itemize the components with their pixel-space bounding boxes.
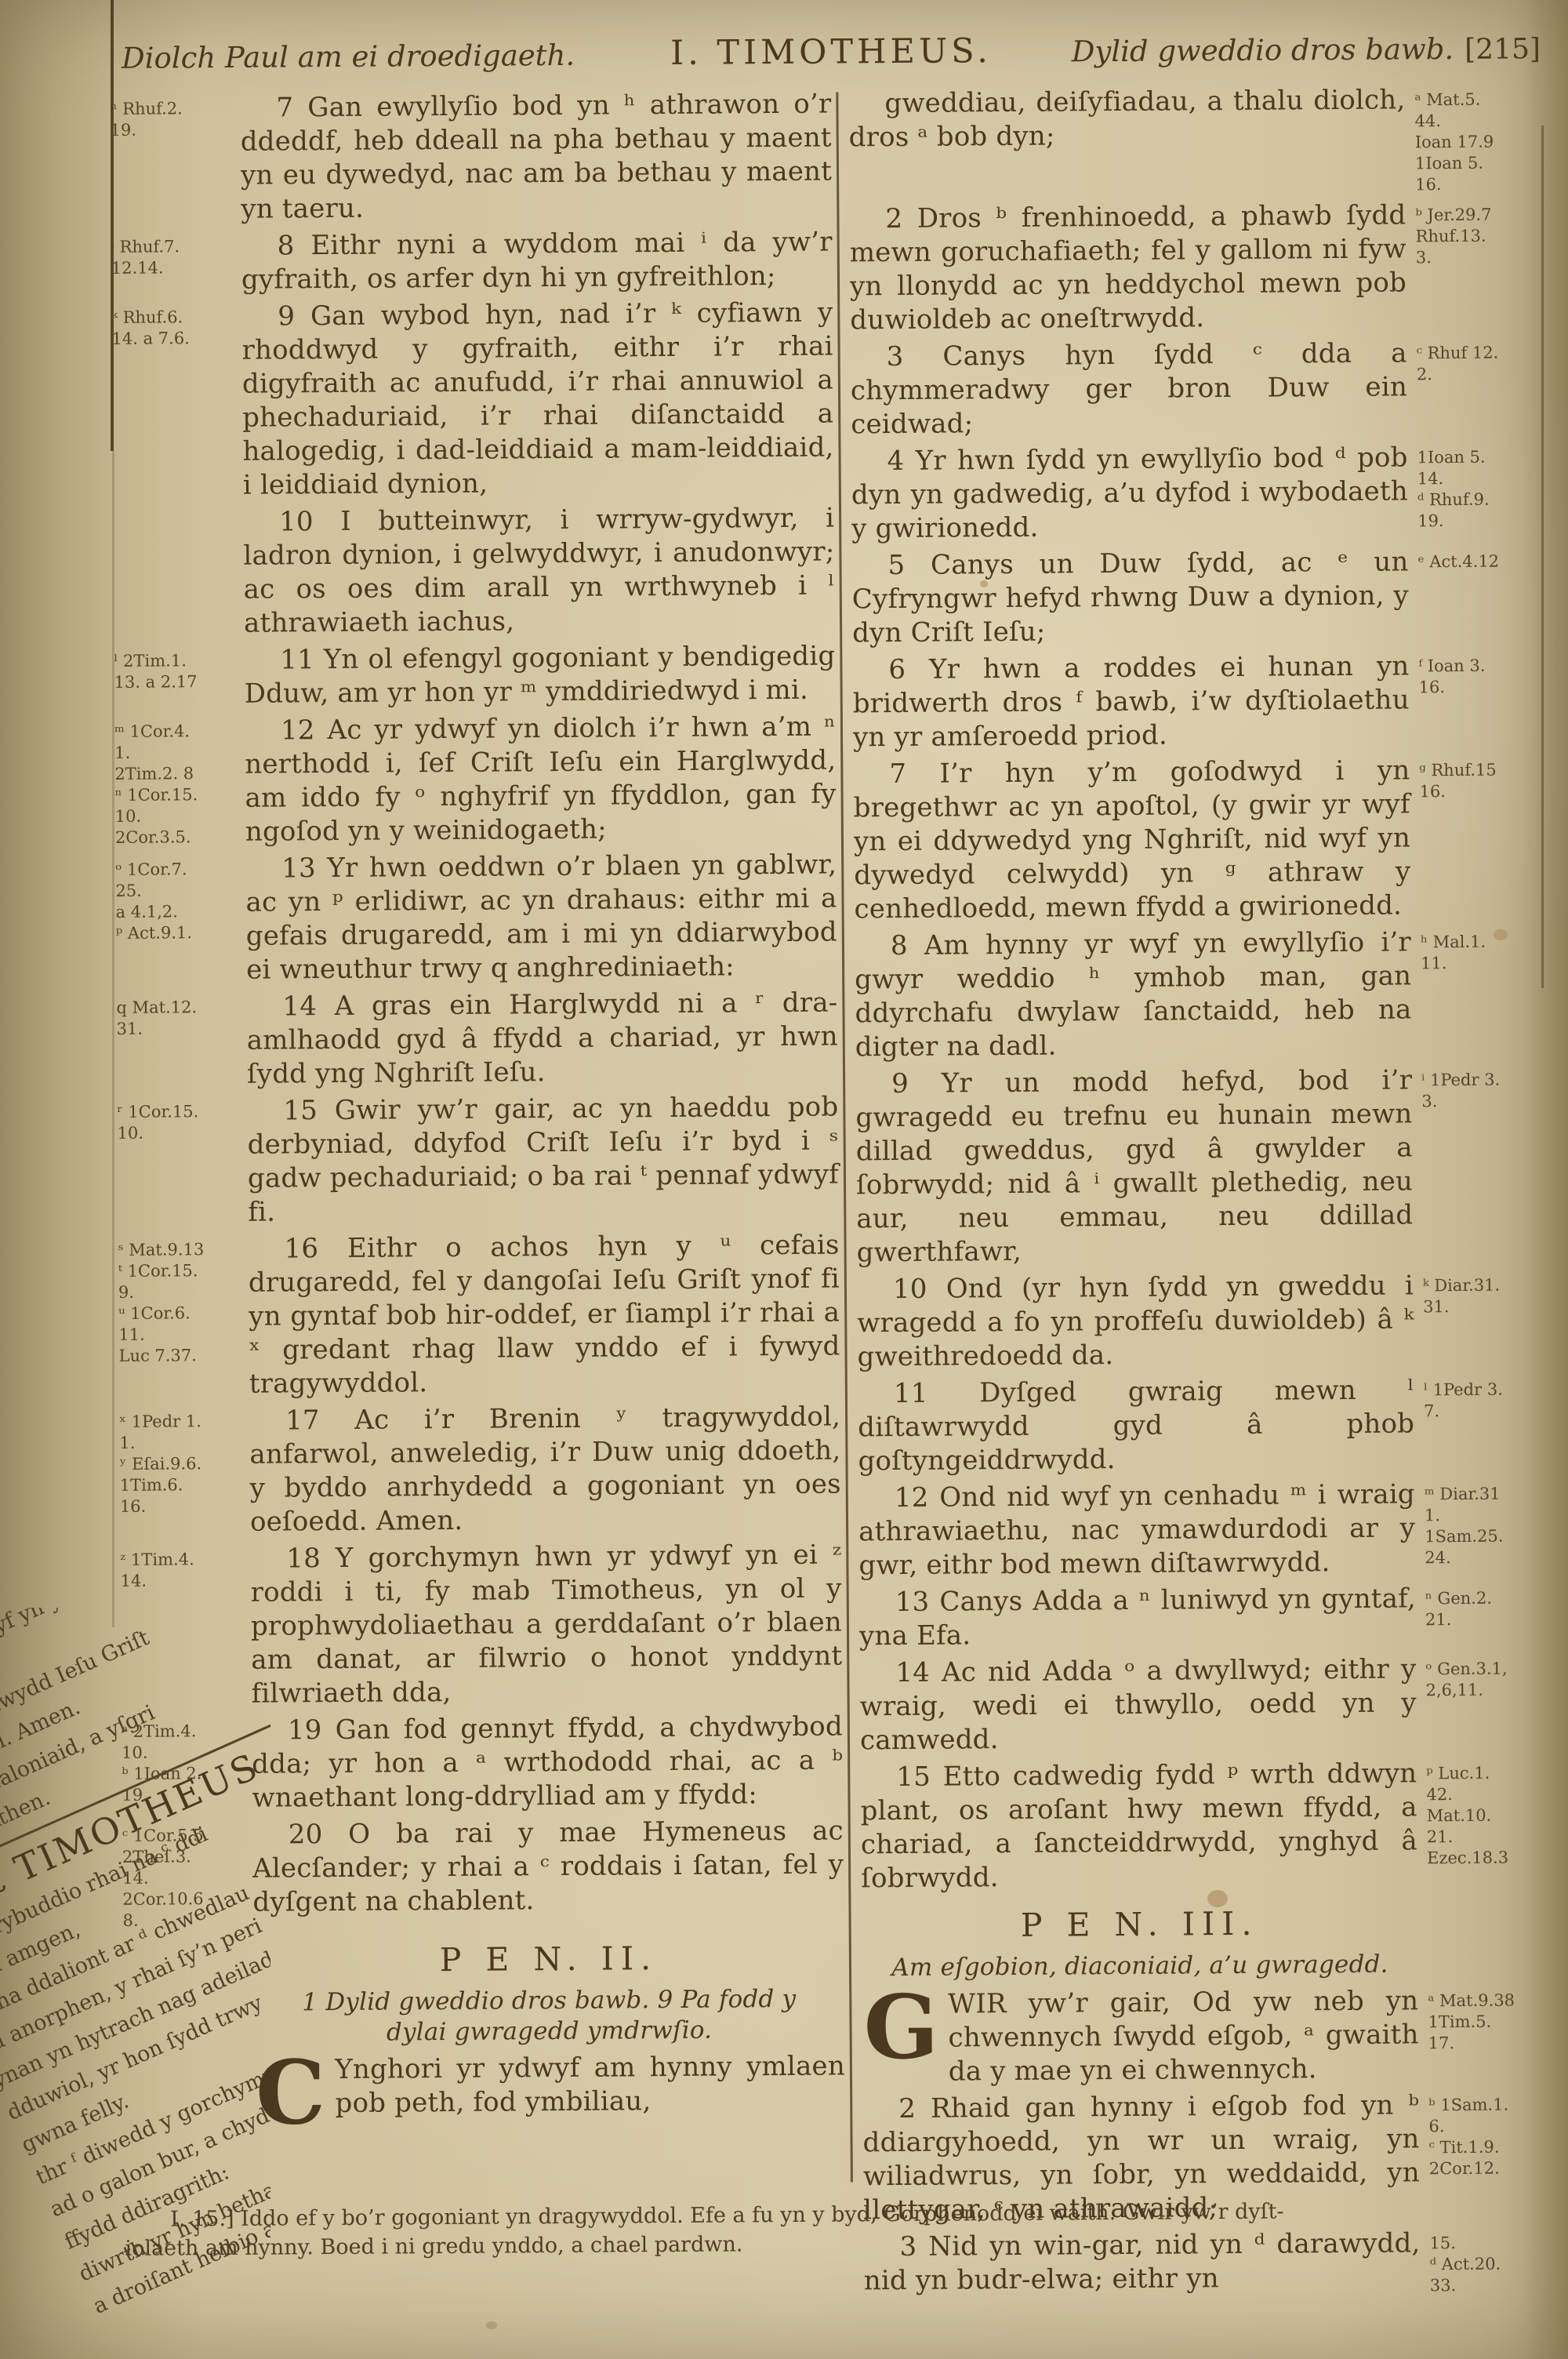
verse-paragraph: 1 Dylid gweddio dros bawb. 9 Pa fodd y d…: [123, 1982, 845, 2051]
verse-text: P E N. III.: [861, 1895, 1417, 1948]
verse-body-text: 10 Ond (yr hyn ſydd yn gweddu i wragedd …: [857, 1270, 1414, 1372]
verse-text: 17 Ac i’r Brenin ʸ tragywyddol, anfarwol…: [249, 1401, 841, 1539]
margin-note: [123, 1986, 253, 1994]
running-head-right-caption: Dylid gweddio dros bawb.[215]: [992, 31, 1541, 69]
verse-body-text: 9 Gan wybod hyn, nad i’r ᵏ cyfiawn y rho…: [241, 297, 833, 501]
verse-body-text: 6 Yr hwn a roddes ei hunan yn bridwerth …: [853, 650, 1410, 753]
verse-body-text: Am eſgobion, diaconiaid, a’u gwragedd.: [891, 1950, 1388, 1982]
running-head-right-text: Dylid gweddio dros bawb.: [1072, 32, 1454, 68]
verse-text: 11 Dyſged gwraig mewn ˡ diſtawrwydd gyd …: [858, 1373, 1415, 1478]
verse-body-text: 20 O ba rai y mae Hymeneus ac Alecſander…: [252, 1815, 844, 1917]
verse-text: 16 Eithr o achos hyn y ᵘ cefais drugared…: [248, 1229, 840, 1401]
drop-cap-initial: G: [862, 1988, 949, 2063]
verse-text: 7 Gan ewyllyſio bod yn ʰ athrawon o’r dd…: [240, 88, 832, 227]
verse-text: 13 Yr hwn oeddwn o’r blaen yn gablwr, ac…: [245, 849, 837, 987]
running-head-book-title: I. TIMOTHEUS.: [670, 31, 992, 73]
verse-body-text: 12 Ac yr ydwyf yn diolch i’r hwn a’m ⁿ n…: [245, 711, 837, 848]
verse-paragraph: ʰ Mal.1. 11. 8 Am hynny yr wyf yn ewylly…: [855, 925, 1561, 1064]
verse-text: 19 Gan fod gennyt ffydd, a chydwybod dda…: [252, 1710, 844, 1815]
verse-text: GWIR yw’r gair, Od yw neb yn chwennych ſ…: [862, 1984, 1419, 2089]
verse-text: 4 Yr hwn ſydd yn ewyllyſio bod ᵈ pob dyn…: [851, 441, 1408, 546]
verse-body-text: Ynghori yr ydwyf am hynny ymlaen pob pet…: [335, 2050, 845, 2119]
margin-note: ˡ 2Tim.1. 13. a 2.17: [114, 644, 244, 693]
verse-text: 8 Eithr nyni a wyddom mai ⁱ da yw’r gyfr…: [241, 226, 833, 297]
verse-body-text: P E N. III.: [1021, 1905, 1259, 1944]
verse-text: gweddiau, deiſyfiadau, a thalu diolch, d…: [848, 83, 1406, 154]
verse-paragraph: ᵒ 1Cor.7. 25. a 4.1,2. ᵖ Act.9.1. 13 Yr …: [115, 849, 837, 988]
verse-body-text: 10 I butteinwyr, i wrryw-gydwyr, i ladro…: [243, 503, 835, 639]
margin-note: [123, 1934, 253, 1941]
verse-text: 11 Yn ol efengyl gogoniant y bendigedig …: [244, 640, 836, 711]
verse-body-text: 3 Canys hyn ſydd ᶜ dda a chymmeradwy ger…: [851, 337, 1407, 440]
verse-body-text: 17 Ac i’r Brenin ʸ tragywyddol, anfarwol…: [249, 1401, 841, 1538]
verse-paragraph: q Mat.12. 31. 14 A gras ein Harglwydd ni…: [116, 987, 838, 1092]
verse-paragraph: ʳ 1Cor.15. 10. 15 Gwir yw’r gair, ac yn …: [117, 1091, 839, 1230]
verse-text: 2 Dros ᵇ frenhinoedd, a phawb ſydd mewn …: [849, 198, 1406, 337]
verse-body-text: 8 Am hynny yr wyf yn ewyllyſio i’r gwyr …: [855, 926, 1412, 1063]
running-head: Diolch Paul am ei droedigaeth. I. TIMOTH…: [122, 27, 1541, 77]
verse-paragraph: ᵐ Diar.31 1. 1Sam.25. 24. 12 Ond nid wyf…: [858, 1477, 1565, 1583]
verse-body-text: 15 Etto cadwedig fydd ᵖ wrth ddwyn plant…: [860, 1757, 1417, 1894]
verse-body-text: 14 Ac nid Adda ᵒ a dwyllwyd; eithr y wra…: [860, 1653, 1417, 1756]
margin-note: ᵐ 1Cor.4. 1. 2Tim.2. 8 ⁿ 1Cor.15. 10. 2C…: [114, 714, 245, 849]
verse-body-text: gweddiau, deiſyfiadau, a thalu diolch, d…: [849, 84, 1406, 153]
margin-note: ᵃ 2Tim.4. 10. ᵇ 1Ioan 2. 19.: [122, 1714, 252, 1806]
verse-body-text: 5 Canys un Duw ſydd, ac ᵉ un Cyfryngwr h…: [852, 546, 1409, 649]
verse-body-text: 2 Dros ᵇ frenhinoedd, a phawb ſydd mewn …: [850, 199, 1407, 336]
margin-note: ⁱ Rhuf.7. 12.14.: [111, 230, 241, 279]
verse-text: 18 Y gorchymyn hwn yr ydwyf yn ei ᶻ rodd…: [250, 1539, 842, 1711]
page-content: Diolch Paul am ei droedigaeth. I. TIMOTH…: [0, 0, 1568, 2359]
verse-body-text: 19 Gan fod gennyt ffydd, a chydwybod dda…: [252, 1710, 843, 1813]
verse-body-text: 12 Ond nid wyf yn cenhadu ᵐ i wraig athr…: [858, 1478, 1415, 1581]
verse-body-text: 11 Dyſged gwraig mewn ˡ diſtawrwydd gyd …: [858, 1374, 1414, 1477]
verse-paragraph: ᵇ Jer.29.7 Rhuf.13. 3. 2 Dros ᵇ frenhino…: [849, 198, 1555, 337]
margin-note: ᵏ Rhuf.6. 14. a 7.6.: [111, 300, 241, 350]
verse-body-text: 7 I’r hyn y’m goſodwyd i yn bregethwr ac…: [854, 754, 1411, 925]
verse-body-text: 7 Gan ewyllyſio bod yn ʰ athrawon o’r dd…: [241, 89, 833, 225]
margin-note: [124, 2054, 254, 2061]
verse-paragraph: ᵉ Act.4.12 5 Canys un Duw ſydd, ac ᵉ un …: [851, 544, 1558, 650]
verse-paragraph: Am eſgobion, diaconiaid, a’u gwragedd.: [862, 1946, 1567, 1985]
margin-note: ˢ Mat.9.13 ᵗ 1Cor.15. 9. ᵘ 1Cor.6. 11. L…: [118, 1233, 249, 1367]
verse-paragraph: ⁿ Gen.2. 21. 13 Canys Adda a ⁿ luniwyd y…: [859, 1581, 1566, 1653]
verse-body-text: 11 Yn ol efengyl gogoniant y bendigedig …: [245, 641, 836, 710]
verse-text: 14 Ac nid Adda ᵒ a dwyllwyd; eithr y wra…: [859, 1652, 1417, 1757]
verse-paragraph: ⁱ Rhuf.7. 12.14. 8 Eithr nyni a wyddom m…: [111, 226, 833, 298]
margin-note: ʰ Rhuf.2. 19.: [110, 92, 240, 141]
verse-text: 12 Ac yr ydwyf yn diolch i’r hwn a’m ⁿ n…: [245, 711, 837, 849]
margin-note: ᶜ 1Cor.5.5 2Theſ.3. 14. 2Cor.10.6 8.: [122, 1819, 253, 1932]
verse-paragraph: ˡ 2Tim.1. 13. a 2.17 11 Yn ol efengyl go…: [114, 640, 836, 712]
margin-note: ᵒ 1Cor.7. 25. a 4.1,2. ᵖ Act.9.1.: [115, 852, 246, 944]
verse-text: Am eſgobion, diaconiaid, a’u gwragedd.: [862, 1947, 1418, 1985]
verse-text: 6 Yr hwn a roddes ei hunan yn bridwerth …: [852, 649, 1410, 754]
verse-text: 14 A gras ein Harglwydd ni a ʳ dra-amlha…: [246, 987, 838, 1092]
verse-body-text: 16 Eithr o achos hyn y ᵘ cefais drugared…: [249, 1230, 840, 1400]
verse-text: 20 O ba rai y mae Hymeneus ac Alecſander…: [252, 1814, 844, 1919]
verse-body-text: 9 Yr un modd hefyd, bod i’r gwragedd eu …: [855, 1064, 1413, 1268]
verse-body-text: 14 A gras ein Harglwydd ni a ʳ dra-amlha…: [247, 987, 838, 1090]
verse-text: 9 Yr un modd hefyd, bod i’r gwragedd eu …: [855, 1063, 1414, 1270]
verse-body-text: WIR yw’r gair, Od yw neb yn chwennych ſw…: [948, 1985, 1419, 2087]
verse-text: 7 I’r hyn y’m goſodwyd i yn bregethwr ac…: [853, 754, 1410, 926]
verse-paragraph: ᶠ Ioan 3. 16. 6 Yr hwn a roddes ei hunan…: [852, 649, 1559, 754]
left-text-column: ʰ Rhuf.2. 19. 7 Gan ewyllyſio bod yn ʰ a…: [110, 88, 845, 2132]
verse-paragraph: ᶜ 1Cor.5.5 2Theſ.3. 14. 2Cor.10.6 8. 20 …: [122, 1814, 844, 1931]
verse-paragraph: ʰ Rhuf.2. 19. 7 Gan ewyllyſio bod yn ʰ a…: [110, 88, 832, 227]
margin-note: q Mat.12. 31.: [116, 990, 246, 1040]
verse-paragraph: ᶻ 1Tim.4. 14. 18 Y gorchymyn hwn yr ydwy…: [120, 1539, 842, 1712]
right-text-column: ᵃ Mat.5. 44. Ioan 17.9 1Ioan 5. 16. gwed…: [848, 82, 1568, 2303]
verse-body-text: P E N. II.: [440, 1939, 659, 1979]
verse-body-text: 13 Yr hwn oeddwn o’r blaen yn gablwr, ac…: [245, 849, 837, 986]
margin-note: ᶻ 1Tim.4. 14.: [120, 1543, 250, 1592]
verse-body-text: 4 Yr hwn ſydd yn ewyllyſio bod ᵈ pob dyn…: [851, 442, 1408, 544]
verse-paragraph: ᶜ Rhuf 12. 2. 3 Canys hyn ſydd ᶜ dda a c…: [851, 336, 1557, 442]
verse-text: CYnghori yr ydwyf am hynny ymlaen pob pe…: [254, 2049, 846, 2127]
verse-paragraph: CYnghori yr ydwyf am hynny ymlaen pob pe…: [124, 2049, 846, 2128]
commentary-footnote: I. 15.] Iddo ef y bo’r gogoniant yn drag…: [125, 2196, 1473, 2263]
verse-paragraph: ᵃ 2Tim.4. 10. ᵇ 1Ioan 2. 19. 19 Gan fod …: [122, 1710, 844, 1816]
verse-paragraph: ᵏ Rhuf.6. 14. a 7.6. 9 Gan wybod hyn, na…: [111, 296, 834, 503]
verse-text: 12 Ond nid wyf yn cenhadu ᵐ i wraig athr…: [858, 1478, 1416, 1583]
verse-paragraph: ᵍ Rhuf.15 16. 7 I’r hyn y’m goſodwyd i y…: [853, 753, 1559, 926]
verse-text: 1 Dylid gweddio dros bawb. 9 Pa fodd y d…: [253, 1982, 845, 2050]
verse-paragraph: ⁱ 1Pedr 3. 3. 9 Yr un modd hefyd, bod i’…: [855, 1063, 1563, 1270]
verse-paragraph: ᵒ Gen.3.1, 2,6,11. 14 Ac nid Adda ᵒ a dw…: [859, 1652, 1566, 1757]
verse-text: 8 Am hynny yr wyf yn ewyllyſio i’r gwyr …: [855, 925, 1412, 1064]
verse-text: 13 Canys Adda a ⁿ luniwyd yn gyntaf, yna…: [859, 1582, 1417, 1653]
verse-paragraph: ˢ Mat.9.13 ᵗ 1Cor.15. 9. ᵘ 1Cor.6. 11. L…: [118, 1229, 840, 1402]
verse-text: 3 Canys hyn ſydd ᶜ dda a chymmeradwy ger…: [851, 336, 1408, 442]
verse-body-text: 1 Dylid gweddio dros bawb. 9 Pa fodd y d…: [302, 1985, 796, 2047]
page-edge-shading: [1525, 0, 1568, 2359]
page-edge-line: [1541, 125, 1544, 988]
verse-body-text: 18 Y gorchymyn hwn yr ydwyf yn ei ᶻ rodd…: [251, 1539, 843, 1710]
verse-paragraph: ᵃ Mat.5. 44. Ioan 17.9 1Ioan 5. 16. gwed…: [848, 82, 1555, 199]
verse-text: 10 I butteinwyr, i wrryw-gydwyr, i ladro…: [243, 502, 835, 641]
margin-note: ˣ 1Pedr 1. 1. ʸ Eſai.9.6. 1Tim.6. 16.: [119, 1405, 250, 1518]
verse-paragraph: ᵃ Mat.9.38 1Tim.5. 17. GWIR yw’r gair, O…: [862, 1983, 1568, 2089]
verse-paragraph: P E N. III.: [861, 1894, 1566, 1948]
running-head-left-caption: Diolch Paul am ei droedigaeth.: [122, 38, 670, 75]
verse-paragraph: 10 I butteinwyr, i wrryw-gydwyr, i ladro…: [113, 502, 835, 642]
verse-text: 5 Canys un Duw ſydd, ac ᵉ un Cyfryngwr h…: [851, 545, 1409, 650]
verse-body-text: 13 Canys Adda a ⁿ luniwyd yn gyntaf, yna…: [859, 1583, 1416, 1652]
margin-note: [113, 506, 243, 513]
verse-paragraph: P E N. II.: [123, 1929, 844, 1983]
verse-body-text: 8 Eithr nyni a wyddom mai ⁱ da yw’r gyfr…: [241, 227, 833, 296]
margin-note: ʳ 1Cor.15. 10.: [117, 1095, 247, 1144]
verse-text: 15 Gwir yw’r gair, ac yn haeddu pob derb…: [247, 1091, 839, 1230]
verse-body-text: 15 Gwir yw’r gair, ac yn haeddu pob derb…: [248, 1092, 840, 1228]
verse-paragraph: ᵏ Diar.31. 31. 10 Ond (yr hyn ſydd yn gw…: [857, 1268, 1563, 1374]
drop-cap-initial: C: [254, 2053, 336, 2128]
verse-paragraph: ˡ 1Pedr 3. 7. 11 Dyſged gwraig mewn ˡ di…: [858, 1372, 1564, 1478]
verse-paragraph: ᵖ Luc.1. 42. Mat.10. 21. Ezec.18.3 15 Et…: [860, 1756, 1566, 1896]
book-page-photo: oddiwrthyn rhodio yn ᵍ ay traddodiad a d…: [0, 0, 1568, 2359]
verse-text: 10 Ond (yr hyn ſydd yn gweddu i wragedd …: [857, 1269, 1414, 1374]
verse-paragraph: ˣ 1Pedr 1. 1. ʸ Eſai.9.6. 1Tim.6. 16. 17…: [119, 1401, 841, 1540]
verse-text: P E N. II.: [253, 1929, 844, 1983]
verse-text: 9 Gan wybod hyn, nad i’r ᵏ cyfiawn y rho…: [241, 296, 834, 503]
verse-text: 15 Etto cadwedig fydd ᵖ wrth ddwyn plant…: [860, 1757, 1417, 1896]
verse-paragraph: ᵐ 1Cor.4. 1. 2Tim.2. 8 ⁿ 1Cor.15. 10. 2C…: [114, 711, 837, 850]
verse-paragraph: 1Ioan 5. 14. ᵈ Rhuf.9. 19. 4 Yr hwn ſydd…: [851, 440, 1557, 546]
